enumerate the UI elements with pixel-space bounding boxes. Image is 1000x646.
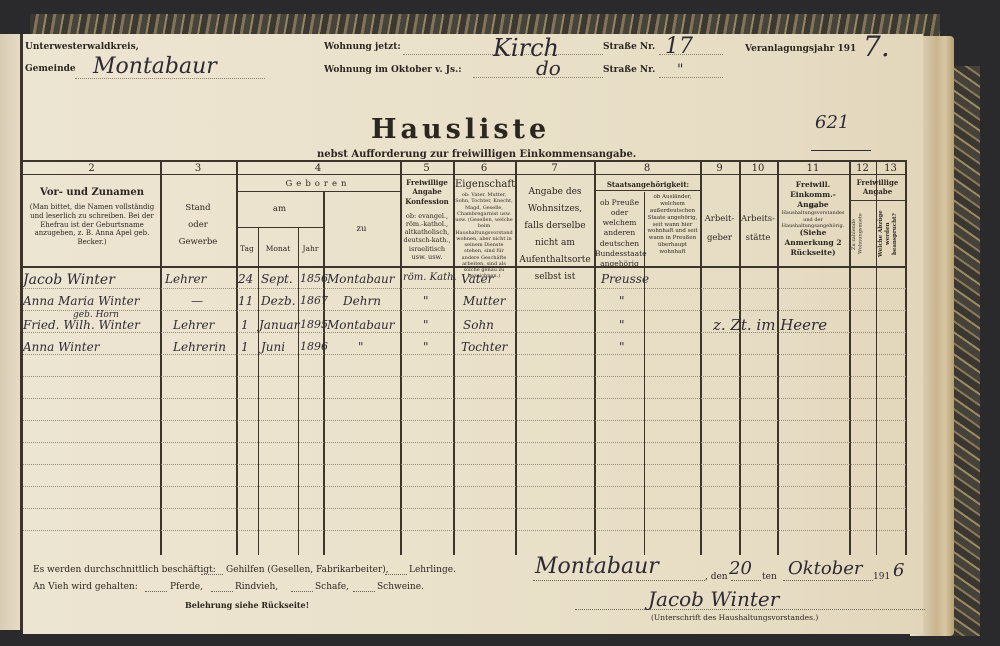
hausliste-page: Unterwesterwaldkreis, Gemeinde Montabaur…: [23, 34, 923, 634]
header-eigenschaft-note: ob: Vater, Mutter, Sohn, Tochter, Knecht…: [455, 192, 513, 280]
cell-tag: 1: [241, 340, 249, 354]
signature-value: Jacob Winter: [648, 587, 779, 611]
belehrung-note: Belehrung siehe Rückseite!: [185, 600, 309, 610]
year-prefix: 191: [873, 572, 890, 582]
header-staat-ausland: ob Ausländer, welchem außerdeutschen Sta…: [645, 194, 700, 256]
wohnung-oktober-label: Wohnung im Oktober v. Js.:: [324, 65, 462, 75]
cell-staat: ": [619, 340, 625, 354]
col-divider: [515, 160, 517, 555]
header-wohnsitz: Angabe des Wohnsitzes, falls derselbe ni…: [518, 184, 592, 287]
cell-name: Anna Maria Winter: [23, 294, 139, 308]
cell-eigenschaft: Mutter: [463, 294, 506, 308]
lehrlinge-blank: [385, 574, 407, 575]
header-einkommen-note: des Haushaltungsvorstandes und der Haush…: [779, 204, 847, 229]
left-page-edge: [0, 34, 23, 630]
rindvieh-blank: [211, 591, 233, 592]
cell-monat: Januar: [259, 318, 299, 332]
cell-name: Fried. Wilh. Winter: [23, 318, 140, 332]
cell-staat: ": [619, 318, 625, 332]
header-konfession: Freiwillige Angabe Konfession: [402, 178, 452, 206]
col-number: 5: [400, 163, 453, 174]
col-divider: [323, 192, 325, 555]
cell-stand: —: [191, 294, 203, 308]
cell-ort: Montabaur: [327, 318, 395, 332]
lehrlinge-label: Lehrlinge.: [409, 565, 456, 575]
col-number: 6: [453, 163, 515, 174]
header-name-note: (Man bittet, die Namen vollständig und l…: [25, 203, 159, 247]
header-jahr: Jahr: [298, 244, 323, 254]
cell-ort: Dehrn: [343, 294, 381, 308]
cell-konfession: ": [423, 340, 429, 354]
cell-stand: Lehrerin: [173, 340, 226, 354]
cell-name: Jacob Winter: [23, 272, 115, 288]
header-konfession-note: ob: evangel., röm.-kathol., altkatholisc…: [402, 212, 452, 261]
col-divider: [876, 160, 877, 555]
household-table: 2 3 4 5 6 7 8 9 10 11 12 13 Vor- und Zun…: [23, 160, 906, 555]
cell-arbeitsstaette: z. Zt. im Heere: [713, 316, 827, 334]
header-monat: Monat: [258, 244, 298, 254]
header-geboren: Geboren: [236, 179, 400, 190]
header-freiwillig: Freiwillige Angabe: [850, 178, 905, 197]
table-top-rule: [23, 160, 906, 162]
col-number: 2: [23, 163, 160, 174]
header-stand: Stand oder Gewerbe: [175, 200, 221, 251]
strasse-nr-value: 17: [665, 34, 693, 59]
den-label: , den: [705, 572, 728, 582]
col-number: 10: [739, 163, 777, 174]
cell-monat: Juni: [261, 340, 285, 354]
gemeinde-label: Gemeinde: [25, 64, 76, 74]
col-number: 8: [594, 163, 700, 174]
place-value: Montabaur: [535, 554, 659, 579]
document-subtitle: nebst Aufforderung zur freiwilligen Eink…: [317, 149, 636, 160]
col-number: 4: [236, 163, 400, 174]
strasse-nr-oktober-label: Straße Nr.: [603, 65, 655, 75]
cell-staat: ": [619, 294, 625, 308]
schweine-label: Schweine.: [377, 582, 424, 592]
document-title: Hausliste: [371, 114, 550, 145]
row-rule: [23, 508, 906, 509]
row-rule: [23, 442, 906, 443]
cell-konfession: röm. Kath.: [403, 272, 457, 283]
row-rule: [23, 398, 906, 399]
header-zu: zu: [323, 224, 400, 235]
col-number: 7: [515, 163, 594, 174]
col-divider: [236, 160, 238, 555]
header-tag: Tag: [236, 244, 258, 254]
row-rule: [23, 530, 906, 531]
ten-label: ten: [762, 572, 777, 582]
header-eigenschaft: Eigenschaft: [455, 178, 513, 192]
cell-eigenschaft: Tochter: [461, 340, 507, 354]
signature-label: (Unterschrift des Haushaltungsvorstandes…: [651, 613, 818, 622]
cell-eigenschaft: Vater: [461, 272, 493, 286]
pferde-label: Pferde,: [170, 582, 203, 592]
header-col13: Welche Abzüge werden beansprucht?: [878, 204, 904, 264]
header-arbeitsstaette: Arbeits-stätte: [739, 210, 777, 247]
cell-tag: 1: [241, 318, 249, 332]
cell-ort: Montabaur: [327, 272, 395, 286]
col-divider: [905, 160, 907, 555]
header-arbeitgeber: Arbeit-geber: [700, 210, 739, 247]
schweine-blank: [353, 591, 375, 592]
header-col12: Zu zahlende Wohnungsmiete: [851, 204, 875, 264]
cell-jahr: 1896: [300, 340, 328, 353]
rindvieh-label: Rindvieh,: [235, 582, 278, 592]
gemeinde-value: Montabaur: [93, 54, 217, 79]
header-einkommen-ref: (Siehe Anmerkung 2 Rückseite): [779, 228, 847, 258]
cell-monat: Sept.: [261, 272, 293, 286]
year-suffix: 6: [893, 560, 904, 581]
cell-konfession: ": [423, 318, 429, 332]
cell-tag: 11: [238, 294, 253, 308]
wohnung-jetzt-label: Wohnung jetzt:: [324, 42, 401, 52]
kreis-label: Unterwesterwaldkreis,: [25, 42, 139, 52]
col-number: 13: [876, 163, 905, 174]
gehilfen-blank: [201, 574, 223, 575]
col-divider: [298, 228, 299, 555]
row-rule: [23, 464, 906, 465]
cell-stand: Lehrer: [165, 272, 206, 286]
schafe-label: Schafe,: [315, 582, 349, 592]
pferde-blank: [145, 591, 167, 592]
cell-jahr: 1856: [300, 272, 328, 285]
row-rule: [23, 354, 906, 355]
book-binding-right: [950, 66, 980, 636]
col-divider: [160, 160, 162, 555]
month-line: [783, 580, 873, 581]
cell-jahr: 1867: [300, 294, 328, 307]
veranlagungsjahr-value: 7.: [863, 30, 890, 63]
row-rule: [23, 288, 906, 289]
gehilfen-label: Gehilfen (Gesellen, Fabrikarbeiter),: [226, 565, 389, 575]
strasse-nr-oktober-line: [659, 77, 723, 78]
geboren-rule: [236, 191, 400, 192]
veranlagungsjahr-label: Veranlagungsjahr 191: [745, 44, 856, 54]
day-value: 20: [729, 558, 752, 579]
cell-staat: Preusse: [601, 272, 649, 286]
schafe-blank: [291, 591, 313, 592]
day-line: [731, 580, 761, 581]
freiwillig-rule: [849, 200, 905, 201]
col-divider: [258, 228, 259, 555]
row-rule: [23, 486, 906, 487]
row-rule: [23, 420, 906, 421]
cell-ort: ": [358, 340, 364, 354]
reference-number: 621: [815, 112, 849, 133]
header-name: Vor- und Zunamen: [27, 186, 157, 200]
cell-monat: Dezb.: [261, 294, 296, 308]
col-number: 9: [700, 163, 739, 174]
place-line: [533, 580, 705, 581]
beschaeftigt-label: Es werden durchschnittlich beschäftigt:: [33, 565, 216, 575]
cell-tag: 24: [238, 272, 253, 286]
col-number: 3: [160, 163, 236, 174]
row-rule: [23, 310, 906, 311]
row-rule: [23, 376, 906, 377]
cell-eigenschaft: Sohn: [463, 318, 494, 332]
header-am: am: [236, 204, 323, 215]
header-staat-preusse: ob Preuße oder welchem anderen deutschen…: [595, 198, 644, 269]
cell-konfession: ": [423, 294, 429, 308]
cell-stand: Lehrer: [173, 318, 214, 332]
col-number: 11: [777, 163, 849, 174]
staat-rule: [594, 190, 700, 191]
cell-jahr: 1895: [300, 318, 328, 331]
reference-underline: [811, 150, 871, 151]
cell-name: Anna Winter: [23, 340, 99, 354]
column-number-rule: [23, 174, 906, 175]
strasse-nr-oktober-value: ": [677, 62, 683, 78]
strasse-nr-label: Straße Nr.: [603, 42, 655, 52]
vieh-label: An Vieh wird gehalten:: [33, 582, 138, 592]
header-staat: Staatsangehörigkeit:: [596, 180, 700, 189]
col-number: 12: [849, 163, 876, 174]
wohnung-oktober-value: do: [536, 56, 561, 80]
month-value: Oktober: [788, 558, 863, 579]
am-rule: [236, 227, 323, 228]
